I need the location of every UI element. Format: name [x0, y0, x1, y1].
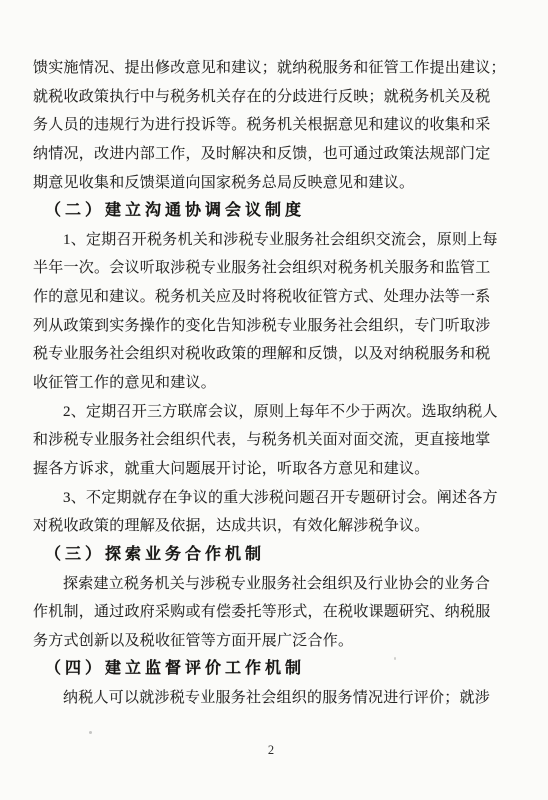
text-line: 对税收政策的理解及依据，达成共识，有效化解涉税争议。	[33, 512, 515, 541]
text-line: 纳税人可以就涉税专业服务社会组织的服务情况进行评价；就涉	[33, 684, 515, 713]
text-line: 探索建立税务机关与涉税专业服务社会组织及行业协会的业务合	[33, 570, 515, 599]
section-heading: （三）探索业务合作机制	[33, 541, 515, 570]
text-line: 就税收政策执行中与税务机关存在的分歧进行反映；就税务机关及税	[33, 83, 515, 112]
scan-speck	[394, 657, 396, 660]
text-line: 列从政策到实务操作的变化告知涉税专业服务社会组织，专门听取涉	[33, 312, 515, 341]
scanned-document-page: 馈实施情况、提出修改意见和建议；就纳税服务和征管工作提出建议；就税收政策执行中与…	[0, 0, 548, 800]
section-heading: （四）建立监督评价工作机制	[33, 655, 515, 684]
text-line: 纳情况，改进内部工作，及时解决和反馈，也可通过政策法规部门定	[33, 140, 515, 169]
page-number: 2	[0, 743, 542, 758]
scan-speck	[89, 731, 92, 734]
text-line: 作的意见和建议。税务机关应及时将税收征管方式、处理办法等一系	[33, 283, 515, 312]
text-line: 1、定期召开税务机关和涉税专业服务社会组织交流会，原则上每	[33, 226, 515, 255]
text-line: 馈实施情况、提出修改意见和建议；就纳税服务和征管工作提出建议；	[33, 54, 515, 83]
text-line: 2、定期召开三方联席会议，原则上每年不少于两次。选取纳税人	[33, 398, 515, 427]
text-line: 握各方诉求，就重大问题展开讨论，听取各方意见和建议。	[33, 455, 515, 484]
text-line: 半年一次。会议听取涉税专业服务社会组织对税务机关服务和监管工	[33, 254, 515, 283]
text-line: 务人员的违规行为进行投诉等。税务机关根据意见和建议的收集和采	[33, 111, 515, 140]
text-line: 3、不定期就存在争议的重大涉税问题召开专题研讨会。阐述各方	[33, 484, 515, 513]
text-line: 期意见收集和反馈渠道向国家税务总局反映意见和建议。	[33, 169, 515, 198]
text-line: 作机制，通过政府采购或有偿委托等形式，在税收课题研究、纳税服	[33, 598, 515, 627]
text-line: 收征管工作的意见和建议。	[33, 369, 515, 398]
text-line: 和涉税专业服务社会组织代表，与税务机关面对面交流，更直接地掌	[33, 426, 515, 455]
text-line: 税专业服务社会组织对税收政策的理解和反馈，以及对纳税服务和税	[33, 340, 515, 369]
section-heading: （二）建立沟通协调会议制度	[33, 197, 515, 226]
text-line: 务方式创新以及税收征管等方面开展广泛合作。	[33, 627, 515, 656]
text-column: 馈实施情况、提出修改意见和建议；就纳税服务和征管工作提出建议；就税收政策执行中与…	[33, 54, 515, 713]
